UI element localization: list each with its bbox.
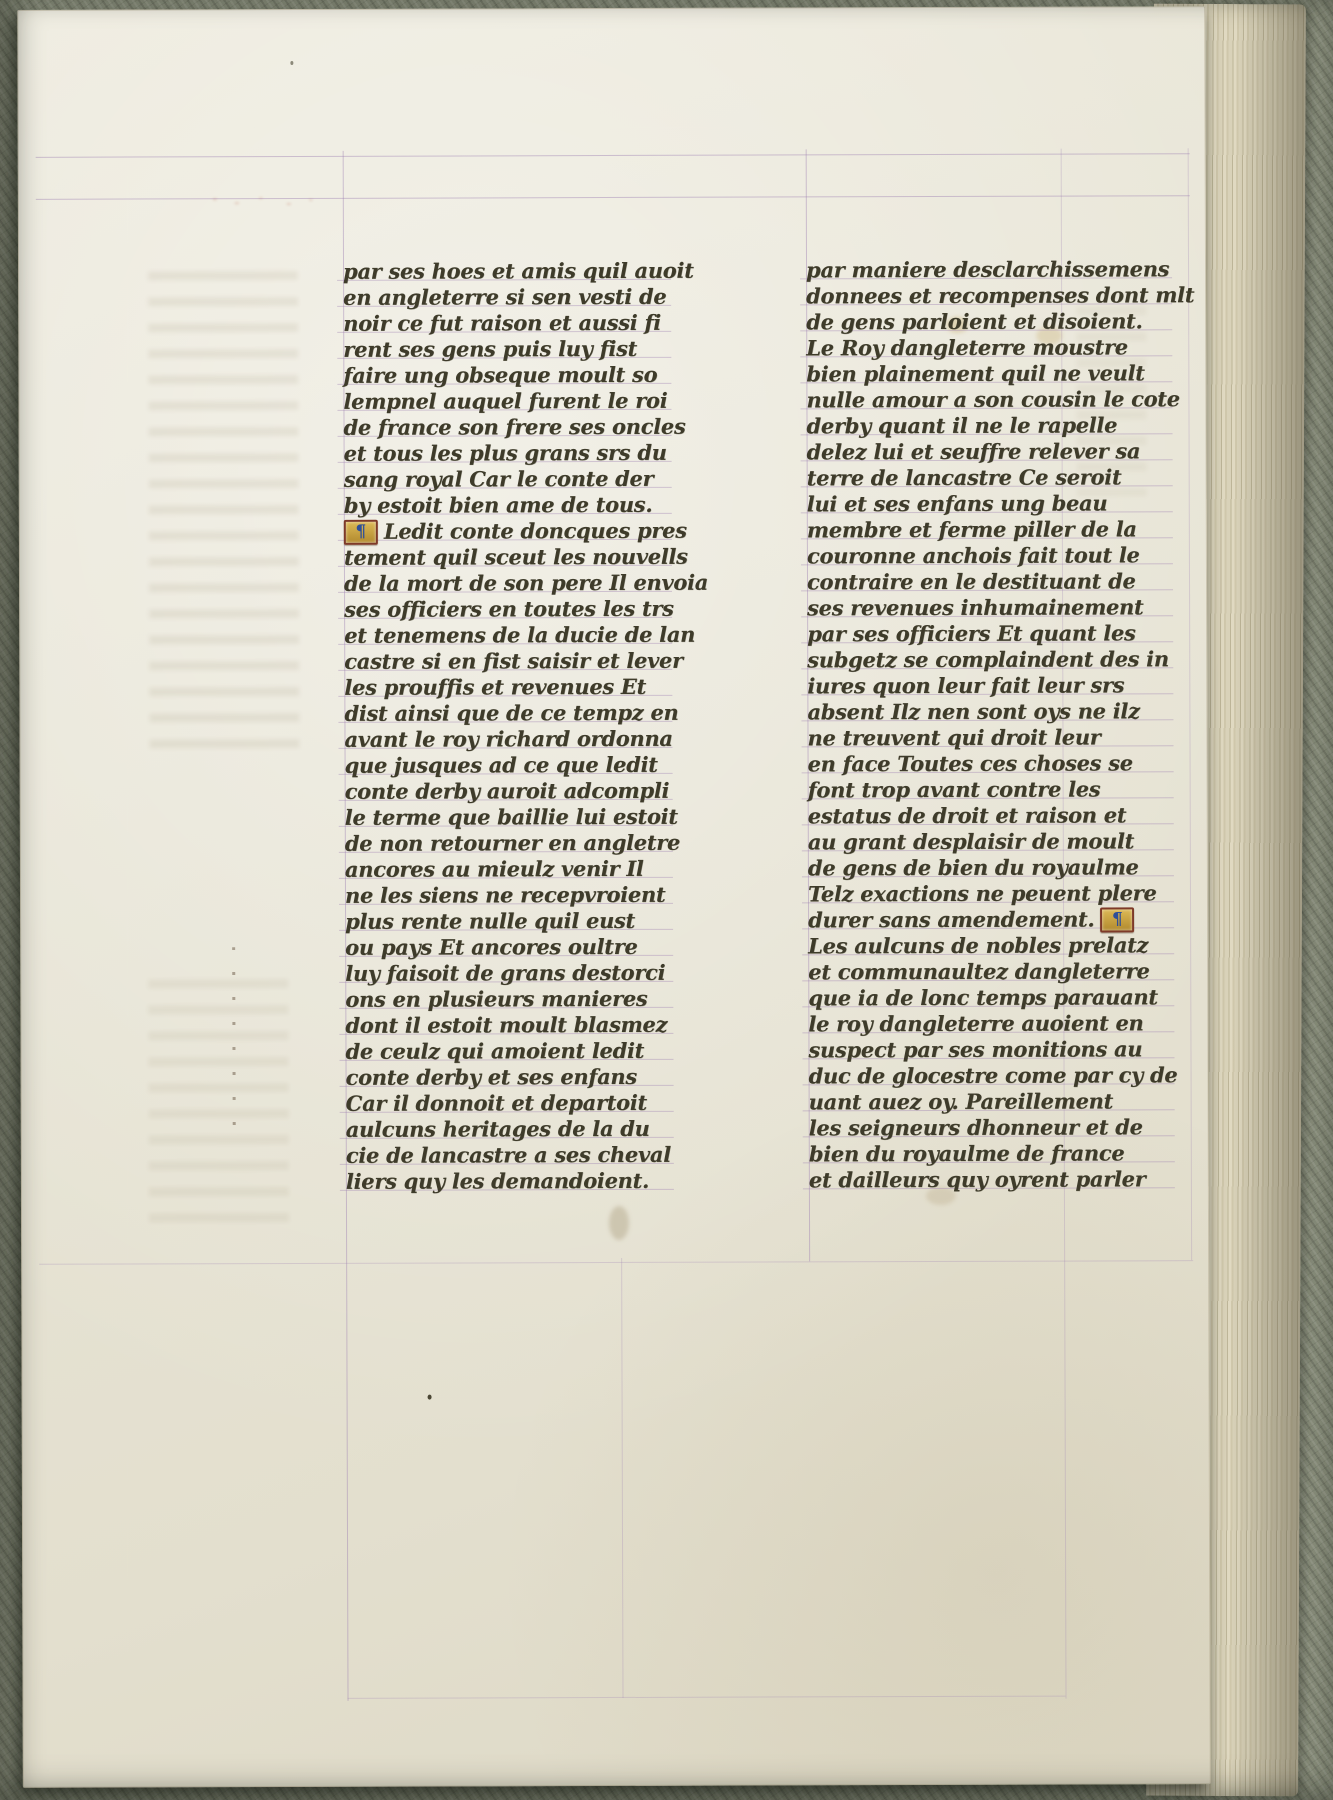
text-line: rent ses gens puis luy fist <box>343 336 673 363</box>
text-line: et tenemens de la ducie de lan <box>344 622 674 649</box>
text-line: absent Ilz nen sont oys ne ilz <box>807 698 1137 725</box>
line-text: et communaultez dangleterre <box>808 958 1149 984</box>
line-text: que ia de lonc temps parauant <box>808 984 1158 1010</box>
text-line: couronne anchois fait tout le <box>807 542 1137 569</box>
text-line: de non retourner en angletre <box>345 830 675 857</box>
text-line: uant auez oy. Pareillement <box>809 1088 1139 1115</box>
text-line: les seigneurs dhonneur et de <box>809 1114 1139 1141</box>
photograph-background: par ses hoes et amis quil auoiten anglet… <box>0 0 1333 1800</box>
text-line: estatus de droit et raison et <box>808 802 1138 829</box>
text-line: membre et ferme piller de la <box>807 516 1137 543</box>
line-text: et tenemens de la ducie de lan <box>344 622 695 648</box>
text-line: cie de lancastre a ses cheval <box>346 1142 676 1169</box>
line-text: que jusques ad ce que ledit <box>345 752 658 778</box>
ruling-line <box>39 1260 1193 1265</box>
line-text: terre de lancastre Ce seroit <box>807 464 1122 490</box>
text-line: aulcuns heritages de la du <box>346 1116 676 1143</box>
line-text: sang royal Car le conte der <box>344 466 654 492</box>
text-column-right: par maniere desclarchissemensdonnees et … <box>806 256 1139 1193</box>
text-line: en angleterre si sen vesti de <box>343 284 673 311</box>
line-text: couronne anchois fait tout le <box>807 542 1140 568</box>
text-line: Les aulcuns de nobles prelatz <box>808 932 1138 959</box>
line-text: par maniere desclarchissemens <box>806 256 1169 282</box>
text-line: terre de lancastre Ce seroit <box>807 464 1137 491</box>
line-text: donnees et recompenses dont mlt <box>806 282 1194 308</box>
text-line: Car il donnoit et departoit <box>346 1090 676 1117</box>
ink-speck <box>428 1395 432 1400</box>
line-text: noir ce fut raison et aussi fi <box>343 310 661 336</box>
text-line: duc de glocestre come par cy de <box>809 1062 1139 1089</box>
text-line: avant le roy richard ordonna <box>344 726 674 753</box>
text-line: durer sans amendement.¶ <box>808 906 1138 933</box>
text-line: par ses officiers Et quant les <box>807 620 1137 647</box>
line-text: avant le roy richard ordonna <box>344 726 672 752</box>
text-line: plus rente nulle quil eust <box>345 908 675 935</box>
text-line: tement quil sceut les nouvells <box>344 544 674 571</box>
text-line: et tous les plus grans srs du <box>344 440 674 467</box>
text-line: par maniere desclarchissemens <box>806 256 1136 283</box>
text-line: donnees et recompenses dont mlt <box>806 282 1136 309</box>
text-line: Telz exactions ne peuent plere <box>808 880 1138 907</box>
line-text: et dailleurs quy oyrent parler <box>809 1166 1146 1192</box>
show-through-text <box>148 271 300 751</box>
line-text: nulle amour a son cousin le cote <box>806 386 1179 412</box>
line-text: ou pays Et ancores oultre <box>345 934 637 960</box>
line-text: faire ung obseque moult so <box>343 362 657 388</box>
text-line: ancores au mieulz venir Il <box>345 856 675 883</box>
text-line: ne treuvent qui droit leur <box>807 724 1137 751</box>
faded-inscription <box>203 189 333 213</box>
text-line: delez lui et seuffre relever sa <box>807 438 1137 465</box>
line-text: et tous les plus grans srs du <box>344 440 667 466</box>
text-line: castre si en fist saisir et lever <box>344 648 674 675</box>
text-line: de la mort de son pere Il envoia <box>344 570 674 597</box>
text-line: au grant desplaisir de moult <box>808 828 1138 855</box>
text-line: les prouffis et revenues Et <box>344 674 674 701</box>
line-text: iures quon leur fait leur srs <box>807 672 1124 698</box>
line-text: par ses officiers Et quant les <box>807 620 1135 646</box>
line-text: tement quil sceut les nouvells <box>344 544 688 570</box>
line-text: ses revenues inhumainement <box>807 594 1143 620</box>
line-text: cie de lancastre a ses cheval <box>346 1142 671 1168</box>
line-text: bien du royaulme de france <box>809 1140 1125 1166</box>
text-line: ¶Ledit conte doncques pres <box>344 518 674 545</box>
line-text: estatus de droit et raison et <box>808 802 1127 828</box>
text-line: de gens parloient et disoient. <box>806 308 1136 335</box>
line-text: suspect par ses monitions au <box>808 1036 1142 1062</box>
text-line: ses revenues inhumainement <box>807 594 1137 621</box>
line-text: font trop avant contre les <box>808 776 1101 802</box>
text-line: lui et ses enfans ung beau <box>807 490 1137 517</box>
text-line: bien plainement quil ne veult <box>806 360 1136 387</box>
line-text: Telz exactions ne peuent plere <box>808 880 1157 906</box>
text-line: lempnel auquel furent le roi <box>343 388 673 415</box>
line-text: le roy dangleterre auoient en <box>808 1010 1143 1036</box>
line-text: au grant desplaisir de moult <box>808 828 1134 854</box>
text-line: suspect par ses monitions au <box>808 1036 1138 1063</box>
line-text: conte derby auroit adcompli <box>345 778 670 804</box>
ruling-line <box>36 153 1190 158</box>
line-text: les seigneurs dhonneur et de <box>809 1114 1143 1140</box>
line-text: bien plainement quil ne veult <box>806 360 1144 386</box>
text-line: de gens de bien du royaulme <box>808 854 1138 881</box>
line-text: ons en plusieurs manieres <box>345 986 647 1012</box>
line-text: lempnel auquel furent le roi <box>343 388 667 414</box>
text-line: conte derby auroit adcompli <box>345 778 675 805</box>
text-line: en face Toutes ces choses se <box>808 750 1138 777</box>
ink-speck <box>290 61 293 65</box>
text-line: ne les siens ne recepvroient <box>345 882 675 909</box>
line-text: en angleterre si sen vesti de <box>343 284 666 310</box>
text-line: derby quant il ne le rapelle <box>806 412 1136 439</box>
line-text: absent Ilz nen sont oys ne ilz <box>807 698 1139 724</box>
text-line: iures quon leur fait leur srs <box>807 672 1137 699</box>
line-text: membre et ferme piller de la <box>807 516 1137 542</box>
line-text: lui et ses enfans ung beau <box>807 490 1108 516</box>
line-text: rent ses gens puis luy fist <box>343 336 637 362</box>
manuscript-page: par ses hoes et amis quil auoiten anglet… <box>17 6 1211 1788</box>
line-text: by estoit bien ame de tous. <box>344 492 653 518</box>
text-line: subgetz se complaindent des in <box>807 646 1137 673</box>
text-line: que ia de lonc temps parauant <box>808 984 1138 1011</box>
text-line: by estoit bien ame de tous. <box>344 492 674 519</box>
text-line: par ses hoes et amis quil auoit <box>343 258 673 285</box>
text-line: luy faisoit de grans destorci <box>345 960 675 987</box>
text-line: sang royal Car le conte der <box>344 466 674 493</box>
line-text: ne les siens ne recepvroient <box>345 882 665 908</box>
line-text: conte derby et ses enfans <box>346 1064 637 1090</box>
pricking-dots <box>232 947 236 1132</box>
line-text: Ledit conte doncques pres <box>384 518 687 544</box>
line-text: de gens de bien du royaulme <box>808 854 1139 880</box>
line-text: ne treuvent qui droit leur <box>807 724 1100 750</box>
text-line: et dailleurs quy oyrent parler <box>809 1166 1139 1193</box>
text-line: noir ce fut raison et aussi fi <box>343 310 673 337</box>
text-line: faire ung obseque moult so <box>343 362 673 389</box>
ruling-line <box>348 1696 1066 1699</box>
text-line: de ceulz qui amoient ledit <box>345 1038 675 1065</box>
line-text: ses officiers en toutes les trs <box>344 596 674 622</box>
text-line: dont il estoit moult blasmez <box>345 1012 675 1039</box>
line-text: le terme que baillie lui estoit <box>345 804 678 830</box>
line-text: subgetz se complaindent des in <box>807 646 1169 672</box>
line-text: ancores au mieulz venir Il <box>345 856 644 882</box>
text-line: le roy dangleterre auoient en <box>808 1010 1138 1037</box>
text-line: font trop avant contre les <box>808 776 1138 803</box>
line-text: luy faisoit de grans destorci <box>345 960 665 986</box>
line-text: aulcuns heritages de la du <box>346 1116 650 1142</box>
text-line: bien du royaulme de france <box>809 1140 1139 1167</box>
line-text: de ceulz qui amoient ledit <box>345 1038 644 1064</box>
line-text: Car il donnoit et departoit <box>346 1090 647 1116</box>
text-line: contraire en le destituant de <box>807 568 1137 595</box>
text-line: ses officiers en toutes les trs <box>344 596 674 623</box>
ruling-line <box>621 1258 623 1698</box>
line-text: contraire en le destituant de <box>807 568 1136 594</box>
line-text: duc de glocestre come par cy de <box>809 1062 1178 1088</box>
line-text: dist ainsi que de ce tempz en <box>344 700 678 726</box>
line-text: les prouffis et revenues Et <box>344 674 646 700</box>
line-text: liers quy les demandoient. <box>346 1168 649 1194</box>
line-text: de non retourner en angletre <box>345 830 680 856</box>
line-text: Le Roy dangleterre moustre <box>806 334 1128 360</box>
text-line: de france son frere ses oncles <box>343 414 673 441</box>
line-text: castre si en fist saisir et lever <box>344 648 683 674</box>
text-line: ou pays Et ancores oultre <box>345 934 675 961</box>
line-text: derby quant il ne le rapelle <box>806 412 1117 438</box>
line-text: durer sans amendement. <box>808 906 1094 932</box>
line-text: de france son frere ses oncles <box>343 414 685 440</box>
stain <box>609 1206 629 1240</box>
ruling-line <box>1188 148 1192 1260</box>
line-text: de la mort de son pere Il envoia <box>344 570 708 596</box>
text-line: nulle amour a son cousin le cote <box>806 386 1136 413</box>
text-line: ons en plusieurs manieres <box>345 986 675 1013</box>
line-text: uant auez oy. Pareillement <box>809 1088 1113 1114</box>
text-line: que jusques ad ce que ledit <box>345 752 675 779</box>
illuminated-paragraph-mark: ¶ <box>1100 907 1134 932</box>
line-text: delez lui et seuffre relever sa <box>807 438 1141 464</box>
illuminated-paragraph-mark: ¶ <box>344 520 378 545</box>
show-through-text <box>148 979 289 1229</box>
text-line: liers quy les demandoient. <box>346 1168 676 1195</box>
text-line: conte derby et ses enfans <box>346 1064 676 1091</box>
text-line: le terme que baillie lui estoit <box>345 804 675 831</box>
line-text: en face Toutes ces choses se <box>808 750 1133 776</box>
text-column-left: par ses hoes et amis quil auoiten anglet… <box>343 258 676 1195</box>
line-text: plus rente nulle quil eust <box>345 908 635 934</box>
text-line: et communaultez dangleterre <box>808 958 1138 985</box>
text-line: Le Roy dangleterre moustre <box>806 334 1136 361</box>
text-line: dist ainsi que de ce tempz en <box>344 700 674 727</box>
line-text: dont il estoit moult blasmez <box>345 1012 667 1038</box>
line-text: par ses hoes et amis quil auoit <box>343 258 694 284</box>
line-text: de gens parloient et disoient. <box>806 308 1142 334</box>
line-text: Les aulcuns de nobles prelatz <box>808 932 1148 958</box>
